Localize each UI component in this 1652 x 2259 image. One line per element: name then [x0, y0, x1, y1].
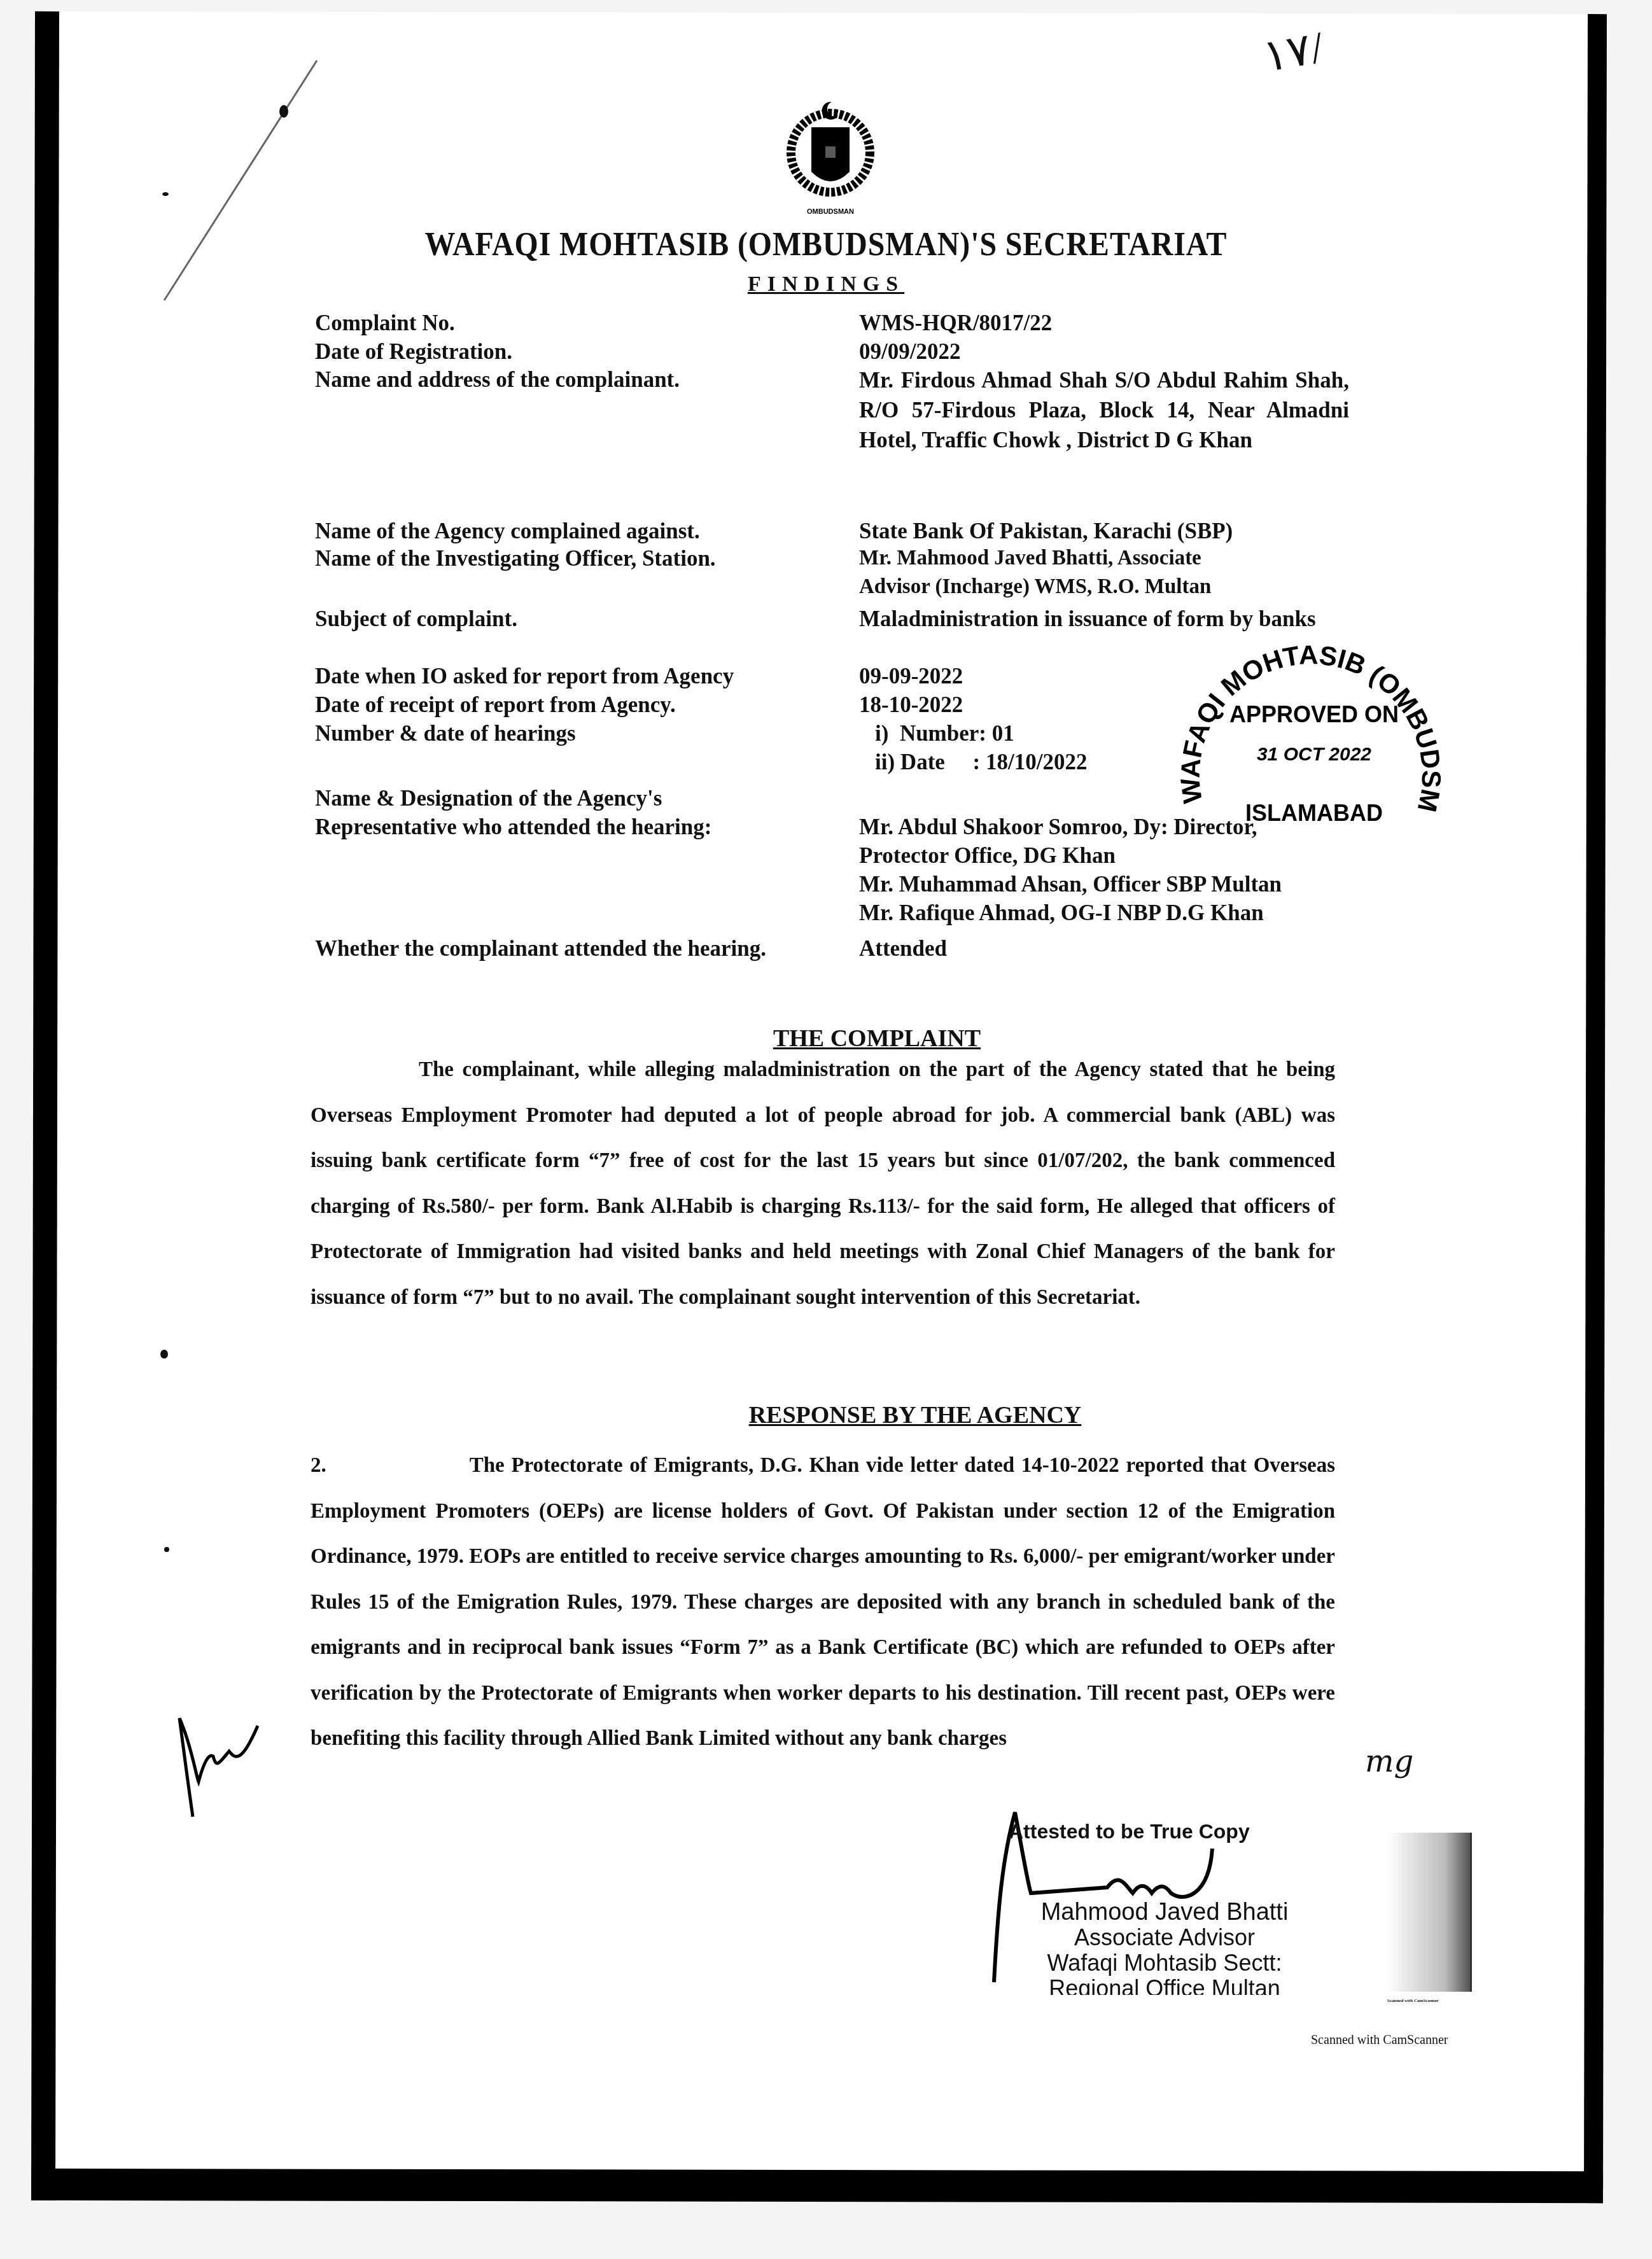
camscanner-watermark: Scanned with CamScanner — [1311, 2033, 1448, 2048]
complaint-paragraph: The complainant, while alleging maladmin… — [311, 1047, 1335, 1320]
attestation-label: Attested to be True Copy — [1009, 1820, 1250, 1843]
field-value-representative-4: Mr. Rafique Ahmad, OG-I NBP D.G Khan — [859, 899, 1349, 927]
field-value-attended: Attended — [859, 934, 1349, 963]
approval-stamp: WAFAQI MOHTASIB (OMBUDSMAN) APPROVED ON … — [1177, 611, 1451, 840]
attestation-office: Wafaqi Mohtasib Sectt: — [993, 1950, 1336, 1976]
field-value-agency: State Bank Of Pakistan, Karachi (SBP) — [859, 517, 1349, 545]
field-value-date-registration: 09/09/2022 — [859, 337, 1349, 366]
response-text: The Protectorate of Emigrants, D.G. Khan… — [311, 1454, 1335, 1750]
field-label-complaint-no: Complaint No. — [315, 309, 455, 337]
attestation-designation: Associate Advisor — [993, 1925, 1336, 1950]
margin-signature-icon — [179, 1718, 258, 1817]
field-value-complaint-no: WMS-HQR/8017/22 — [859, 309, 1349, 337]
field-value-complainant: Mr. Firdous Ahmad Shah S/O Abdul Rahim S… — [859, 365, 1349, 455]
field-value-representative-2: Protector Office, DG Khan — [859, 841, 1349, 870]
scan-shadow — [1387, 1833, 1472, 1992]
field-label-investigating-officer: Name of the Investigating Officer, Stati… — [315, 544, 716, 573]
field-label-representative-2: Representative who attended the hearing: — [315, 813, 711, 841]
page-number-mark: ١٧/ — [1259, 20, 1328, 83]
field-label-attended: Whether the complainant attended the hea… — [315, 934, 766, 963]
attestation-block: Mahmood Javed Bhatti Associate Advisor W… — [993, 1899, 1336, 1995]
field-label-report-received: Date of receipt of report from Agency. — [315, 690, 676, 719]
field-label-report-asked: Date when IO asked for report from Agenc… — [315, 662, 734, 690]
margin-initials: mg — [1365, 1744, 1413, 1779]
complaint-text: The complainant, while alleging maladmin… — [311, 1058, 1335, 1309]
field-label-hearings: Number & date of hearings — [315, 719, 576, 748]
field-label-representative-1: Name & Designation of the Agency's — [315, 784, 662, 813]
paragraph-number: 2. — [311, 1454, 326, 1477]
ombudsman-emblem-icon: OMBUDSMAN — [773, 89, 888, 223]
field-label-complainant: Name and address of the complainant. — [315, 365, 680, 394]
field-value-representative-3: Mr. Muhammad Ahsan, Officer SBP Multan — [859, 870, 1349, 899]
svg-text:APPROVED ON: APPROVED ON — [1229, 701, 1399, 727]
response-heading: RESPONSE BY THE AGENCY — [89, 1401, 1652, 1429]
document-subtitle: FINDINGS — [0, 272, 1652, 297]
field-label-agency: Name of the Agency complained against. — [315, 517, 700, 545]
response-paragraph: 2.The Protectorate of Emigrants, D.G. Kh… — [311, 1443, 1335, 1762]
field-label-subject: Subject of complaint. — [315, 605, 517, 633]
attestation-name: Mahmood Javed Bhatti — [993, 1899, 1336, 1925]
camscanner-watermark-small: Scanned with CamScanner — [1387, 1998, 1439, 2003]
attestation-office-cut: Regional Office Multan — [993, 1976, 1336, 1995]
svg-text:ISLAMABAD: ISLAMABAD — [1245, 800, 1383, 826]
svg-text:31 OCT 2022: 31 OCT 2022 — [1257, 744, 1371, 765]
field-label-date-registration: Date of Registration. — [315, 337, 512, 366]
svg-text:OMBUDSMAN: OMBUDSMAN — [807, 208, 854, 216]
document-title: WAFAQI MOHTASIB (OMBUDSMAN)'S SECRETARIA… — [66, 226, 1586, 263]
field-value-investigating-officer: Mr. Mahmood Javed Bhatti, Associate Advi… — [859, 544, 1266, 601]
